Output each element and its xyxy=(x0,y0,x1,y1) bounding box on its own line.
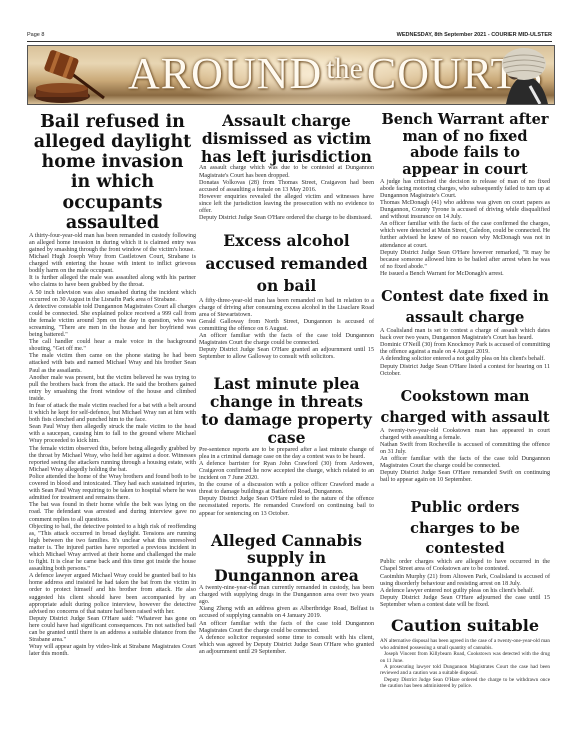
headline: Excess alcohol accused remanded on bail xyxy=(199,230,374,297)
story-assault-dismissed: Assault charge dismissed as victim has l… xyxy=(199,112,374,222)
judge-wig-icon xyxy=(492,46,552,104)
headline: Bail refused in alleged daylight home in… xyxy=(29,112,196,233)
paragraph: The female victim observed this, before … xyxy=(29,446,196,474)
paragraph: A 50 inch television was also smashed du… xyxy=(29,290,196,304)
paragraph: An officer familiar with the facts of th… xyxy=(199,333,374,347)
gavel-icon xyxy=(32,50,122,104)
paragraph: Sean Paul Wray then allegedly struck the… xyxy=(29,424,196,445)
paragraph: A defence barrister for Ryan John Crawfo… xyxy=(199,461,374,482)
paragraph: Deputy District Judge Sean O'Hare said: … xyxy=(29,616,196,644)
paragraph: In the course of a discussion with a pol… xyxy=(199,482,374,496)
column-right: Bench Warrant after man of no fixed abod… xyxy=(380,112,550,690)
paragraph: A prosecuting lawyer told Dungannon Magi… xyxy=(380,664,550,677)
paragraph: An officer familiar with the facts of th… xyxy=(380,221,550,249)
headline: Assault charge dismissed as victim has l… xyxy=(199,112,374,165)
paragraph: Michael Hugh Joseph Wray from Castletown… xyxy=(29,254,196,275)
paragraph: Joseph Vincent from Killybearn Road, Coo… xyxy=(380,651,550,664)
story-caution-suitable: Caution suitable AN alternative disposal… xyxy=(380,617,550,690)
paragraph: A fifty-three-year-old man has been rema… xyxy=(199,298,374,319)
paragraph: A twenty-two-year-old Cookstown man has … xyxy=(380,428,550,442)
paragraph: Gerald Galloway from North Street, Dunga… xyxy=(199,319,374,333)
paragraph: It is further alleged the male was assau… xyxy=(29,275,196,289)
paragraph: Another male was present, but the victim… xyxy=(29,375,196,403)
paragraph: Xiang Zheng with an address given as Alb… xyxy=(199,606,374,620)
paragraph: Nathan Swift from Rocheville is accused … xyxy=(380,442,550,456)
paragraph: Objecting to bail, the detective pointed… xyxy=(29,524,196,574)
banner-title: AROUND the COURTS xyxy=(128,48,498,99)
paragraph: AN alternative disposal has been agreed … xyxy=(380,638,550,651)
page-number: Page 8 xyxy=(27,32,44,38)
column-middle: Assault charge dismissed as victim has l… xyxy=(199,112,374,656)
paragraph: Wray will appear again by video-link at … xyxy=(29,644,196,658)
paragraph: A defence solicitor requested some time … xyxy=(199,635,374,656)
paragraph: Thomas McDonagh (41) who address was giv… xyxy=(380,200,550,221)
story-cookstown-man: Cookstown man charged with assault A twe… xyxy=(380,386,550,485)
paragraph: The call handler could hear a male voice… xyxy=(29,339,196,353)
headline: Bench Warrant after man of no fixed abod… xyxy=(380,112,550,179)
page-header: Page 8 WEDNESDAY, 8th September 2021 - C… xyxy=(27,32,552,42)
paragraph: Public order charges which are alleged t… xyxy=(380,559,550,573)
section-banner: AROUND the COURTS xyxy=(27,45,555,105)
paragraph: Deputy District Judge Sean O'Hare ordere… xyxy=(380,677,550,690)
story-contest-date: Contest date fixed in assault charge A C… xyxy=(380,286,550,378)
paragraph: An officer familiar with the facts of th… xyxy=(199,621,374,635)
paragraph: Deputy District Judge Sean O'Hare adjour… xyxy=(380,595,550,609)
headline: Cookstown man charged with assault xyxy=(380,386,550,428)
paragraph: However enquiries revealed the alleged v… xyxy=(199,194,374,215)
paragraph: Caoimhin Murphy (21) from Altowen Park, … xyxy=(380,574,550,588)
paragraph: A Coalisland man is set to contest a cha… xyxy=(380,328,550,342)
paragraph: He issued a Bench Warrant for McDonagh's… xyxy=(380,271,550,278)
paragraph: The bat was found in their home while th… xyxy=(29,502,196,523)
headline: Alleged Cannabis supply in Dungannon are… xyxy=(199,532,374,585)
paragraph: Deputy District Judge Sean O'Hare ordere… xyxy=(199,215,374,222)
headline: Public orders charges to be contested xyxy=(380,498,550,559)
paragraph: A defending solicitor entered a not guil… xyxy=(380,356,550,363)
paragraph: Deputy District Judge Sean O'Hare ruled … xyxy=(199,496,374,517)
paragraph: Police attended the home of the Wray bro… xyxy=(29,474,196,502)
paragraph: Dominic O'Neill (30) from Knockmoy Park … xyxy=(380,342,550,356)
paragraph: Deputy District Judge Sean O'Hare listed… xyxy=(380,364,550,378)
paragraph: The male victim then came on the phone s… xyxy=(29,353,196,374)
paragraph: A twenty-nine-year-old man currently rem… xyxy=(199,585,374,606)
headline: Caution suitable xyxy=(380,617,550,635)
paragraph: A judge has criticised the decision to r… xyxy=(380,179,550,200)
story-public-orders: Public orders charges to be contested Pu… xyxy=(380,498,550,609)
paragraph: A defence lawyer entered not guilty plea… xyxy=(380,588,550,595)
story-excess-alcohol: Excess alcohol accused remanded on bail … xyxy=(199,230,374,361)
paragraph: Deputy District Judge Sean O'Hare grante… xyxy=(199,347,374,361)
dateline: WEDNESDAY, 8th September 2021 - COURIER … xyxy=(397,32,552,38)
paragraph: In fear of attack the male victim reache… xyxy=(29,403,196,424)
headline: Contest date fixed in assault charge xyxy=(380,286,550,328)
story-bail-refused: Bail refused in alleged daylight home in… xyxy=(29,112,196,658)
paragraph: Pre-sentence reports are to be prepared … xyxy=(199,447,374,461)
story-last-minute-plea: Last minute plea change in threats to da… xyxy=(199,375,374,517)
paragraph: An assault charge which was due to be co… xyxy=(199,165,374,179)
story-cannabis-supply: Alleged Cannabis supply in Dungannon are… xyxy=(199,532,374,656)
paragraph: A detective constable told Dungannon Mag… xyxy=(29,304,196,339)
paragraph: A defence lawyer argued Michael Wray cou… xyxy=(29,573,196,616)
paragraph: An officer familiar with the facts of th… xyxy=(380,456,550,470)
story-bench-warrant: Bench Warrant after man of no fixed abod… xyxy=(380,112,550,278)
paragraph: Deputy District Judge Sean O'Hare remand… xyxy=(380,470,550,484)
headline: Last minute plea change in threats to da… xyxy=(199,375,374,446)
paragraph: Deputy District Judge Sean O'Hare howeve… xyxy=(380,250,550,271)
paragraph: Donatas Volkovas (28) from Thomas Street… xyxy=(199,180,374,194)
paragraph: A thirty-four-year-old man has been rema… xyxy=(29,233,196,254)
column-left: Bail refused in alleged daylight home in… xyxy=(29,112,196,658)
